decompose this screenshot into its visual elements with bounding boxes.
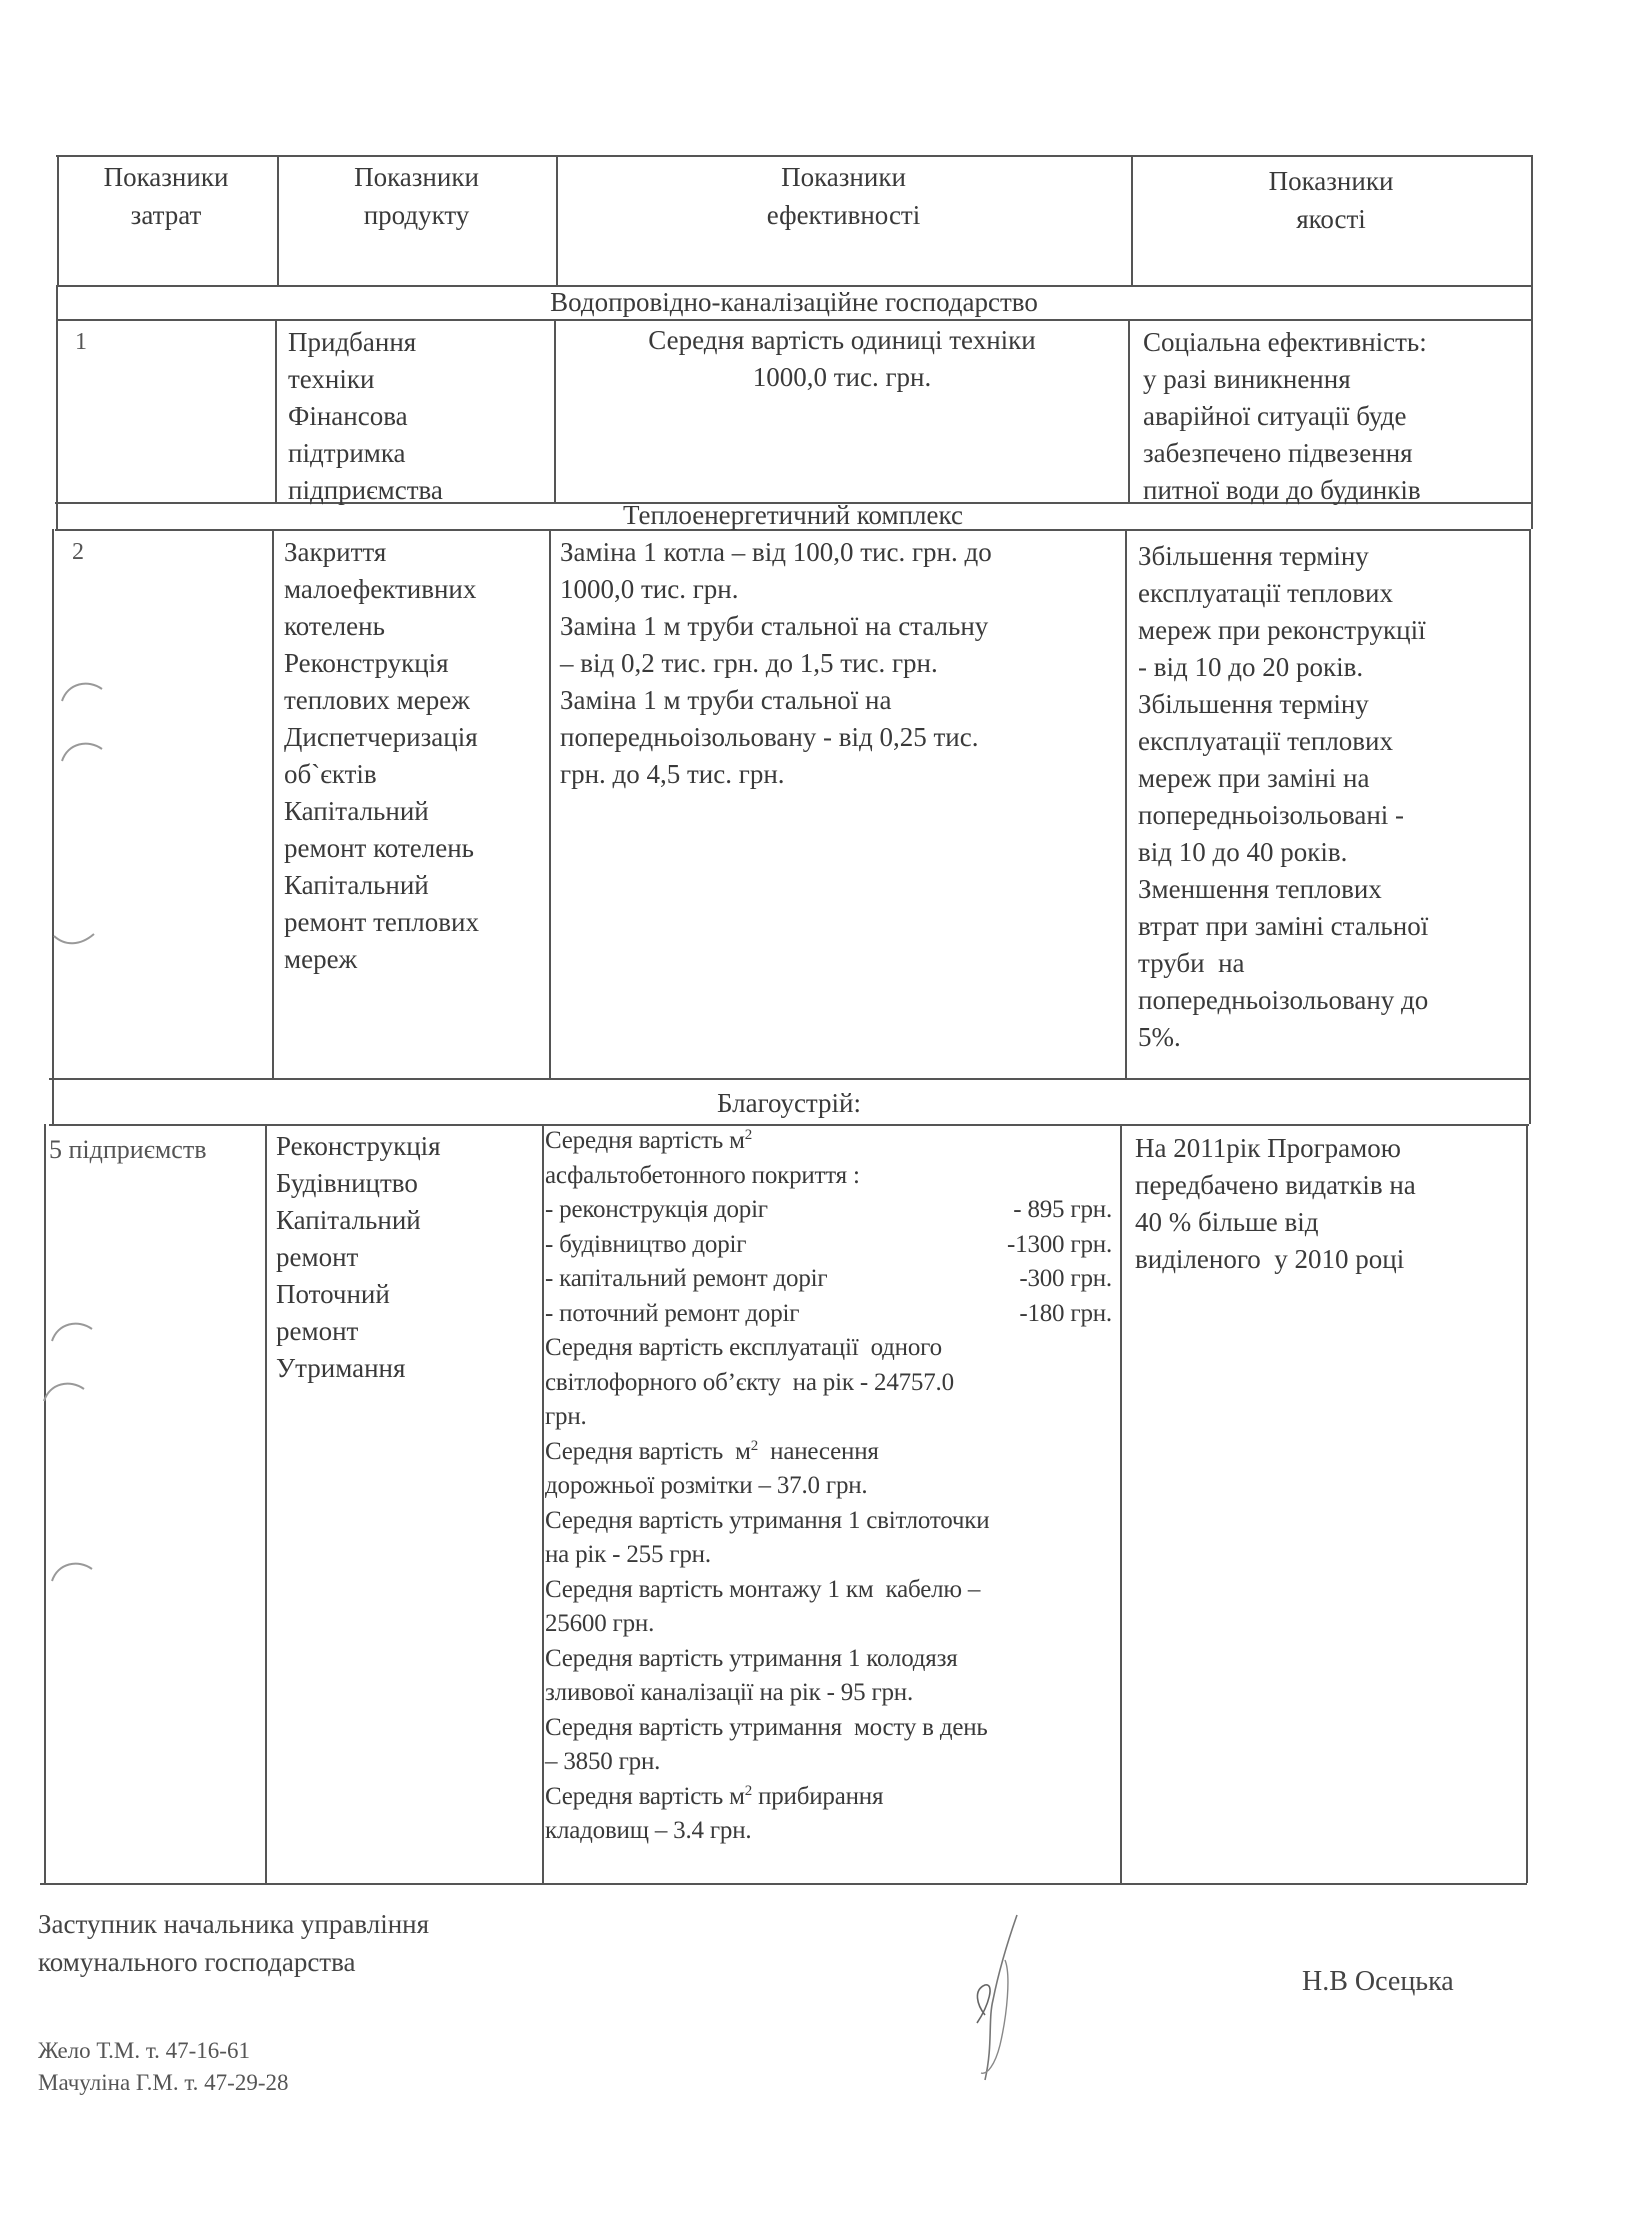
- efficiency-line: – від 0,2 тис. грн. до 1,5 тис. грн.: [560, 645, 1125, 682]
- column-divider: [275, 319, 277, 502]
- row-product-1: ПридбаннятехнікиФінансовапідтримкапідпри…: [288, 324, 550, 509]
- road-costs-list: - реконструкція доріг- 895 грн.- будівни…: [545, 1193, 1120, 1331]
- punch-hole-mark-icon: [48, 1555, 98, 1585]
- table-border-right: [1526, 1124, 1528, 1883]
- light-point-cost: Середня вартість утримання 1 світлоточки…: [545, 1504, 1120, 1573]
- efficiency-line: Заміна 1 м труби стальної на: [560, 682, 1125, 719]
- cable-cost: Середня вартість монтажу 1 км кабелю –25…: [545, 1573, 1120, 1642]
- cable-line: 25600 грн.: [545, 1607, 1120, 1642]
- quality-line: виділеного у 2010 році: [1135, 1241, 1525, 1278]
- column-divider: [1125, 529, 1127, 1078]
- signature-icon: [955, 1905, 1065, 2085]
- road-cost-item: - капітальний ремонт доріг-300 грн.: [545, 1262, 1120, 1297]
- asphalt-intro: Середня вартість м2: [545, 1124, 1120, 1159]
- quality-line: Збільшення терміну: [1138, 538, 1528, 575]
- product-line: котелень: [284, 608, 546, 645]
- header-text: Показники: [558, 158, 1129, 196]
- superscript: 2: [745, 1783, 752, 1799]
- row-quality-3: На 2011рік Програмоюпередбачено видатків…: [1135, 1130, 1525, 1278]
- position-line: Заступник начальника управління: [38, 1905, 429, 1943]
- quality-line: аварійної ситуації буде: [1143, 398, 1529, 435]
- quality-line: Соціальна ефективність:: [1143, 324, 1529, 361]
- quality-line: мереж при реконструкції: [1138, 612, 1528, 649]
- product-line: ремонт котелень: [284, 830, 546, 867]
- road-cost-item: - поточний ремонт доріг-180 грн.: [545, 1297, 1120, 1332]
- well-cost: Середня вартість утримання 1 колодязязли…: [545, 1642, 1120, 1711]
- quality-line: забезпечено підвезення: [1143, 435, 1529, 472]
- header-product-indicators: Показники продукту: [279, 158, 554, 234]
- bridge-line: Середня вартість утримання мосту в день: [545, 1711, 1120, 1746]
- row-product-2: ЗакриттямалоефективнихкотеленьРеконструк…: [284, 534, 546, 978]
- section-title-improvement: Благоустрій:: [49, 1086, 1529, 1120]
- punch-hole-mark-icon: [58, 675, 108, 705]
- well-line: Середня вартість утримання 1 колодязя: [545, 1642, 1120, 1677]
- cable-line: Середня вартість монтажу 1 км кабелю –: [545, 1573, 1120, 1608]
- punch-hole-mark-icon: [50, 930, 100, 960]
- text: Середня вартість м: [545, 1127, 745, 1154]
- well-line: зливової каналізації на рік - 95 грн.: [545, 1676, 1120, 1711]
- product-line: ремонт теплових: [284, 904, 546, 941]
- road-cost-label: - поточний ремонт доріг: [545, 1297, 799, 1332]
- row-cost-3: 5 підприємств: [49, 1132, 207, 1167]
- efficiency-line: Заміна 1 котла – від 100,0 тис. грн. до: [560, 534, 1125, 571]
- column-divider: [1128, 319, 1130, 502]
- text: Середня вартість м: [545, 1783, 745, 1810]
- quality-line: у разі виникнення: [1143, 361, 1529, 398]
- row-quality-1: Соціальна ефективність:у разі виникнення…: [1143, 324, 1529, 509]
- section-title-water: Водопровідно-каналізаційне господарство: [56, 285, 1532, 319]
- efficiency-line: грн. до 4,5 тис. грн.: [560, 756, 1125, 793]
- road-cost-label: - будівництво доріг: [545, 1228, 746, 1263]
- section-title-heat: Теплоенергетичний комплекс: [55, 498, 1531, 532]
- column-divider: [272, 529, 274, 1078]
- quality-line: труби на: [1138, 945, 1528, 982]
- road-cost-value: -180 грн.: [1019, 1297, 1112, 1332]
- row-efficiency-1: Середня вартість одиниці техніки1000,0 т…: [556, 322, 1128, 396]
- product-line: Фінансова: [288, 398, 550, 435]
- quality-line: - від 10 до 20 років.: [1138, 649, 1528, 686]
- road-cost-value: -300 грн.: [1019, 1262, 1112, 1297]
- quality-line: передбачено видатків на: [1135, 1167, 1525, 1204]
- header-text: затрат: [59, 196, 273, 234]
- section-divider: [49, 1078, 1529, 1080]
- product-line: мереж: [284, 941, 546, 978]
- section-divider: [56, 319, 1532, 321]
- cemetery-cost-2: кладовищ – 3.4 грн.: [545, 1814, 1120, 1849]
- asphalt-intro-2: асфальтобетонного покриття :: [545, 1159, 1120, 1194]
- header-text: ефективності: [558, 196, 1129, 234]
- contact-line: Жело Т.М. т. 47-16-61: [38, 2035, 288, 2067]
- header-cost-indicators: Показники затрат: [59, 158, 273, 234]
- column-divider: [265, 1124, 267, 1883]
- bridge-cost: Середня вартість утримання мосту в день–…: [545, 1711, 1120, 1780]
- row-efficiency-2: Заміна 1 котла – від 100,0 тис. грн. до1…: [560, 534, 1125, 793]
- row-quality-2: Збільшення термінуексплуатації тепловихм…: [1138, 538, 1528, 1056]
- row-product-3: РеконструкціяБудівництвоКапітальнийремон…: [276, 1128, 538, 1387]
- product-line: ремонт: [276, 1239, 538, 1276]
- road-cost-item: - реконструкція доріг- 895 грн.: [545, 1193, 1120, 1228]
- punch-hole-mark-icon: [48, 1315, 98, 1345]
- product-line: Реконструкція: [284, 645, 546, 682]
- header-text: Показники: [1133, 162, 1529, 200]
- road-cost-item: - будівництво доріг-1300 грн.: [545, 1228, 1120, 1263]
- text: прибирання: [752, 1783, 883, 1810]
- marking-cost: Середня вартість м2 нанесення: [545, 1435, 1120, 1470]
- traffic-light-line: Середня вартість експлуатації одного: [545, 1331, 1120, 1366]
- column-divider: [1120, 1124, 1122, 1883]
- punch-hole-mark-icon: [58, 735, 108, 765]
- product-line: Утримання: [276, 1350, 538, 1387]
- quality-line: На 2011рік Програмою: [1135, 1130, 1525, 1167]
- quality-line: мереж при заміні на: [1138, 760, 1528, 797]
- quality-line: від 10 до 40 років.: [1138, 834, 1528, 871]
- bridge-line: – 3850 грн.: [545, 1745, 1120, 1780]
- product-line: техніки: [288, 361, 550, 398]
- header-quality-indicators: Показники якості: [1133, 162, 1529, 238]
- signer-name: Н.В Осецька: [1302, 1966, 1454, 1998]
- quality-line: Збільшення терміну: [1138, 686, 1528, 723]
- product-line: Диспетчеризація: [284, 719, 546, 756]
- quality-line: втрат при заміні стальної: [1138, 908, 1528, 945]
- text: Середня вартість м: [545, 1438, 751, 1465]
- quality-line: експлуатації теплових: [1138, 723, 1528, 760]
- efficiency-line: 1000,0 тис. грн.: [556, 359, 1128, 396]
- column-divider: [542, 1124, 544, 1883]
- product-line: теплових мереж: [284, 682, 546, 719]
- quality-line: попередньоізольовані -: [1138, 797, 1528, 834]
- light-point-line: на рік - 255 грн.: [545, 1538, 1120, 1573]
- quality-line: 5%.: [1138, 1019, 1528, 1056]
- product-line: Реконструкція: [276, 1128, 538, 1165]
- table-border-right: [1531, 155, 1533, 529]
- traffic-light-line: грн.: [545, 1400, 1120, 1435]
- quality-line: Зменшення теплових: [1138, 871, 1528, 908]
- product-line: Придбання: [288, 324, 550, 361]
- quality-line: 40 % більше від: [1135, 1204, 1525, 1241]
- product-line: Капітальний: [284, 793, 546, 830]
- efficiency-line: 1000,0 тис. грн.: [560, 571, 1125, 608]
- contact-line: Мачуліна Г.М. т. 47-29-28: [38, 2067, 288, 2099]
- row-efficiency-3: Середня вартість м2 асфальтобетонного по…: [545, 1124, 1120, 1849]
- product-line: об`єктів: [284, 756, 546, 793]
- row-cost-2: 2: [72, 534, 84, 571]
- contact-list: Жело Т.М. т. 47-16-61Мачуліна Г.М. т. 47…: [38, 2035, 288, 2099]
- position-line: комунального господарства: [38, 1943, 429, 1981]
- signer-position: Заступник начальника управління комуналь…: [38, 1905, 429, 1981]
- marking-cost-2: дорожньої розмітки – 37.0 грн.: [545, 1469, 1120, 1504]
- header-text: Показники: [279, 158, 554, 196]
- efficiency-line: Заміна 1 м труби стальної на стальну: [560, 608, 1125, 645]
- product-line: Будівництво: [276, 1165, 538, 1202]
- road-cost-label: - капітальний ремонт доріг: [545, 1262, 827, 1297]
- row-cost-1: 1: [75, 324, 87, 361]
- quality-line: експлуатації теплових: [1138, 575, 1528, 612]
- column-divider: [549, 529, 551, 1078]
- product-line: малоефективних: [284, 571, 546, 608]
- light-point-line: Середня вартість утримання 1 світлоточки: [545, 1504, 1120, 1539]
- punch-hole-mark-icon: [40, 1375, 90, 1405]
- road-cost-value: -1300 грн.: [1007, 1228, 1112, 1263]
- document-page: Показники затрат Показники продукту Пока…: [0, 0, 1648, 2235]
- product-line: Капітальний: [284, 867, 546, 904]
- table-border-left: [52, 529, 54, 1124]
- table-border-bottom: [40, 1883, 1527, 1885]
- traffic-light-cost: Середня вартість експлуатації одногосвіт…: [545, 1331, 1120, 1435]
- efficiency-line: Середня вартість одиниці техніки: [556, 322, 1128, 359]
- efficiency-line: попередньоізольовану - від 0,25 тис.: [560, 719, 1125, 756]
- table-border-right: [1529, 529, 1531, 1124]
- header-text: Показники: [59, 158, 273, 196]
- product-line: Закриття: [284, 534, 546, 571]
- text: нанесення: [758, 1438, 879, 1465]
- quality-line: попередньоізольовану до: [1138, 982, 1528, 1019]
- cemetery-cost: Середня вартість м2 прибирання: [545, 1780, 1120, 1815]
- header-efficiency-indicators: Показники ефективності: [558, 158, 1129, 234]
- superscript: 2: [751, 1438, 758, 1454]
- table-border-left: [56, 285, 58, 529]
- product-line: Капітальний: [276, 1202, 538, 1239]
- table-border-left: [44, 1124, 46, 1883]
- header-text: продукту: [279, 196, 554, 234]
- product-line: Поточний: [276, 1276, 538, 1313]
- product-line: ремонт: [276, 1313, 538, 1350]
- header-text: якості: [1133, 200, 1529, 238]
- superscript: 2: [745, 1127, 752, 1143]
- traffic-light-line: світлофорного об’єкту на рік - 24757.0: [545, 1366, 1120, 1401]
- product-line: підтримка: [288, 435, 550, 472]
- road-cost-label: - реконструкція доріг: [545, 1193, 768, 1228]
- road-cost-value: - 895 грн.: [1013, 1193, 1112, 1228]
